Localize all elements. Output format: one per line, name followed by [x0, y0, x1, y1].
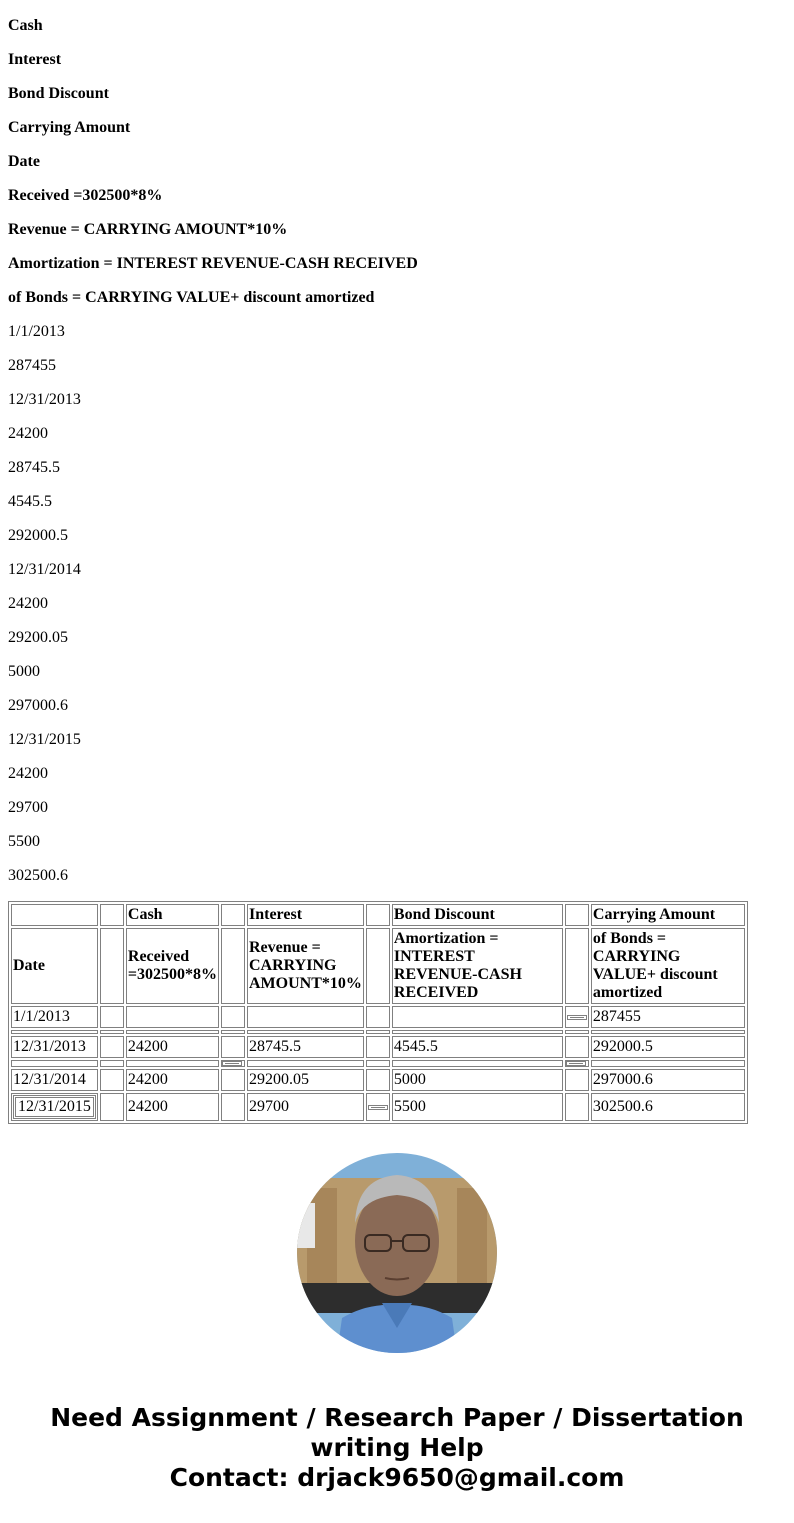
promo-line-2: writing Help	[0, 1433, 794, 1463]
cell-date-text: 12/31/2015	[15, 1097, 94, 1117]
cell-discount: 5000	[392, 1069, 563, 1091]
text-line: 24200	[8, 765, 418, 799]
text-line: Amortization = INTEREST REVENUE-CASH REC…	[8, 255, 418, 289]
spacer-cell	[100, 904, 124, 926]
text-line: 292000.5	[8, 527, 418, 561]
spacer-cell	[221, 1093, 245, 1121]
text-line: 24200	[8, 595, 418, 629]
table-header-row: Date Received =302500*8% Revenue = CARRY…	[11, 928, 745, 1004]
nested-date-box: 12/31/2015	[13, 1095, 96, 1119]
spacer-cell	[366, 1030, 390, 1034]
spacer-cell	[100, 1030, 124, 1034]
text-line: of Bonds = CARRYING VALUE+ discount amor…	[8, 289, 418, 323]
spacer-cell	[126, 1060, 219, 1067]
spacer-cell	[565, 1069, 589, 1091]
text-line: 12/31/2014	[8, 561, 418, 595]
table-row: 12/31/2014 24200 29200.05 5000 297000.6	[11, 1069, 745, 1091]
table-spacer-row	[11, 1060, 745, 1067]
cell-date: 12/31/2013	[11, 1036, 98, 1058]
text-line: Received =302500*8%	[8, 187, 418, 221]
spacer-cell	[565, 1006, 589, 1028]
spacer-cell	[100, 1060, 124, 1067]
spacer-cell	[221, 1069, 245, 1091]
spacer-cell	[11, 1060, 98, 1067]
table-row: 12/31/2015 24200 29700 5500 302500.6	[11, 1093, 745, 1121]
spacer-cell	[366, 928, 390, 1004]
cell-cash: 24200	[126, 1069, 219, 1091]
header-cash: Cash	[126, 904, 219, 926]
text-line: Date	[8, 153, 418, 187]
text-line: Interest	[8, 51, 418, 85]
cell-interest: 29700	[247, 1093, 364, 1121]
spacer-cell	[565, 1030, 589, 1034]
spacer-cell	[366, 1093, 390, 1121]
spacer-cell	[565, 1093, 589, 1121]
text-line: 287455	[8, 357, 418, 391]
spacer-cell	[221, 904, 245, 926]
spacer-cell	[100, 928, 124, 1004]
nested-empty-box	[222, 1061, 242, 1066]
spacer-cell	[565, 904, 589, 926]
spacer-cell	[126, 1030, 219, 1034]
cell-carrying: 287455	[591, 1006, 745, 1028]
cell-carrying: 297000.6	[591, 1069, 745, 1091]
header-carrying-formula: of Bonds = CARRYING VALUE+ discount amor…	[591, 928, 745, 1004]
spacer-cell	[221, 1006, 245, 1028]
text-line: 12/31/2015	[8, 731, 418, 765]
spacer-cell	[565, 928, 589, 1004]
cell-date: 1/1/2013	[11, 1006, 98, 1028]
text-line: 24200	[8, 425, 418, 459]
spacer-cell	[366, 904, 390, 926]
cell-discount	[392, 1006, 563, 1028]
spacer-cell	[366, 1069, 390, 1091]
spacer-cell	[591, 1060, 745, 1067]
spacer-cell	[247, 1030, 364, 1034]
text-line: Revenue = CARRYING AMOUNT*10%	[8, 221, 418, 255]
spacer-cell	[100, 1006, 124, 1028]
text-line: 29200.05	[8, 629, 418, 663]
header-interest: Interest	[247, 904, 364, 926]
amortization-table: Cash Interest Bond Discount Carrying Amo…	[8, 901, 748, 1124]
cell-date: 12/31/2014	[11, 1069, 98, 1091]
spacer-cell	[591, 1030, 745, 1034]
promo-line-1: Need Assignment / Research Paper / Disse…	[0, 1403, 794, 1433]
avatar	[297, 1153, 497, 1353]
text-line: 5500	[8, 833, 418, 867]
text-line: 28745.5	[8, 459, 418, 493]
text-line: 302500.6	[8, 867, 418, 901]
spacer-cell	[392, 1030, 563, 1034]
promo-banner: Need Assignment / Research Paper / Disse…	[0, 1403, 794, 1493]
text-lines: CashInterestBond DiscountCarrying Amount…	[8, 17, 418, 901]
text-line: 29700	[8, 799, 418, 833]
text-line: 1/1/2013	[8, 323, 418, 357]
spacer-cell	[221, 1030, 245, 1034]
spacer-cell	[366, 1006, 390, 1028]
header-date-top	[11, 904, 98, 926]
cell-cash: 24200	[126, 1036, 219, 1058]
text-line: Carrying Amount	[8, 119, 418, 153]
header-carrying-amount: Carrying Amount	[591, 904, 745, 926]
text-line: Bond Discount	[8, 85, 418, 119]
text-line: 4545.5	[8, 493, 418, 527]
cell-interest	[247, 1006, 364, 1028]
text-line: Cash	[8, 17, 418, 51]
spacer-cell	[366, 1060, 390, 1067]
header-bond-discount: Bond Discount	[392, 904, 563, 926]
table-spacer-row	[11, 1030, 745, 1034]
cell-date: 12/31/2015	[11, 1093, 98, 1121]
portrait-image	[297, 1153, 497, 1353]
nested-empty-box	[368, 1105, 388, 1110]
header-discount-formula: Amortization = INTEREST REVENUE-CASH REC…	[392, 928, 563, 1004]
spacer-cell	[247, 1060, 364, 1067]
cell-cash: 24200	[126, 1093, 219, 1121]
cell-discount: 5500	[392, 1093, 563, 1121]
spacer-cell	[221, 928, 245, 1004]
table-header-row: Cash Interest Bond Discount Carrying Amo…	[11, 904, 745, 926]
spacer-cell	[11, 1030, 98, 1034]
nested-empty-box	[566, 1061, 586, 1066]
spacer-cell	[221, 1060, 245, 1067]
spacer-cell	[100, 1036, 124, 1058]
text-line: 297000.6	[8, 697, 418, 731]
spacer-cell	[221, 1036, 245, 1058]
spacer-cell	[100, 1093, 124, 1121]
cell-carrying: 292000.5	[591, 1036, 745, 1058]
spacer-cell	[366, 1036, 390, 1058]
table-row: 1/1/2013 287455	[11, 1006, 745, 1028]
cell-interest: 28745.5	[247, 1036, 364, 1058]
spacer-cell	[392, 1060, 563, 1067]
table-row: 12/31/2013 24200 28745.5 4545.5 292000.5	[11, 1036, 745, 1058]
text-line: 12/31/2013	[8, 391, 418, 425]
text-line: 5000	[8, 663, 418, 697]
spacer-cell	[100, 1069, 124, 1091]
cell-carrying: 302500.6	[591, 1093, 745, 1121]
header-date: Date	[11, 928, 98, 1004]
spacer-cell	[565, 1036, 589, 1058]
cell-discount: 4545.5	[392, 1036, 563, 1058]
spacer-cell	[565, 1060, 589, 1067]
cell-cash	[126, 1006, 219, 1028]
header-interest-formula: Revenue = CARRYING AMOUNT*10%	[247, 928, 364, 1004]
promo-contact: Contact: drjack9650@gmail.com	[0, 1463, 794, 1493]
cell-interest: 29200.05	[247, 1069, 364, 1091]
nested-empty-box	[567, 1015, 587, 1020]
header-cash-formula: Received =302500*8%	[126, 928, 219, 1004]
